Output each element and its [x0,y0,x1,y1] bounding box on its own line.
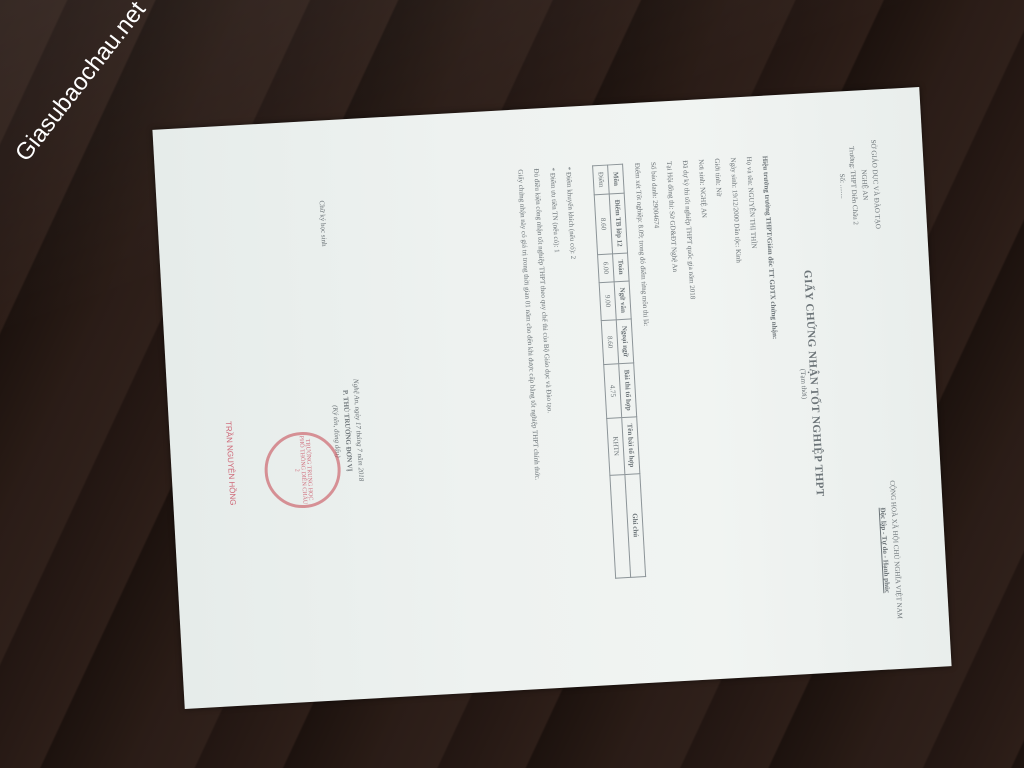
student-fields: Hiệu trưởng trường THPT/Giám đốc TT GDTX… [629,155,801,672]
notes: * Điểm khuyến khích (nếu có): 2 * Điểm ư… [512,166,604,679]
table-header: Toán [613,253,630,282]
watermark-text: Giasubaochau.net [10,0,152,167]
table-cell: 9.00 [599,281,616,320]
table-header: Ngoại ngữ [616,319,633,364]
header-right: CỘNG HOÀ XÃ HỘI CHỦ NGHĨA VIỆT NAM Độc l… [853,480,905,621]
table-cell: KHTN [607,418,625,475]
table-cell: Điểm [593,165,610,194]
table-cell: 8.60 [601,320,618,365]
table-cell: 6.00 [598,254,615,283]
table-header: Bài thi tổ hợp [619,363,637,418]
certificate-content: SỞ GIÁO DỤC VÀ ĐÀO TẠO NGHỆ AN Trường: T… [167,98,937,698]
recipient-signature-label: Chữ ký học sinh [318,200,329,246]
table-header: Ngữ văn [614,281,631,320]
table-cell: 4.75 [604,364,622,419]
document-header: SỞ GIÁO DỤC VÀ ĐÀO TẠO NGHỆ AN Trường: T… [834,139,905,621]
header-left: SỞ GIÁO DỤC VÀ ĐÀO TẠO NGHỆ AN Trường: T… [834,139,883,231]
signer-name: TRẦN NGUYÊN HỒNG [224,421,238,506]
table-header: Môn [608,164,625,193]
certificate-paper: SỞ GIÁO DỤC VÀ ĐÀO TẠO NGHỆ AN Trường: T… [152,87,951,709]
